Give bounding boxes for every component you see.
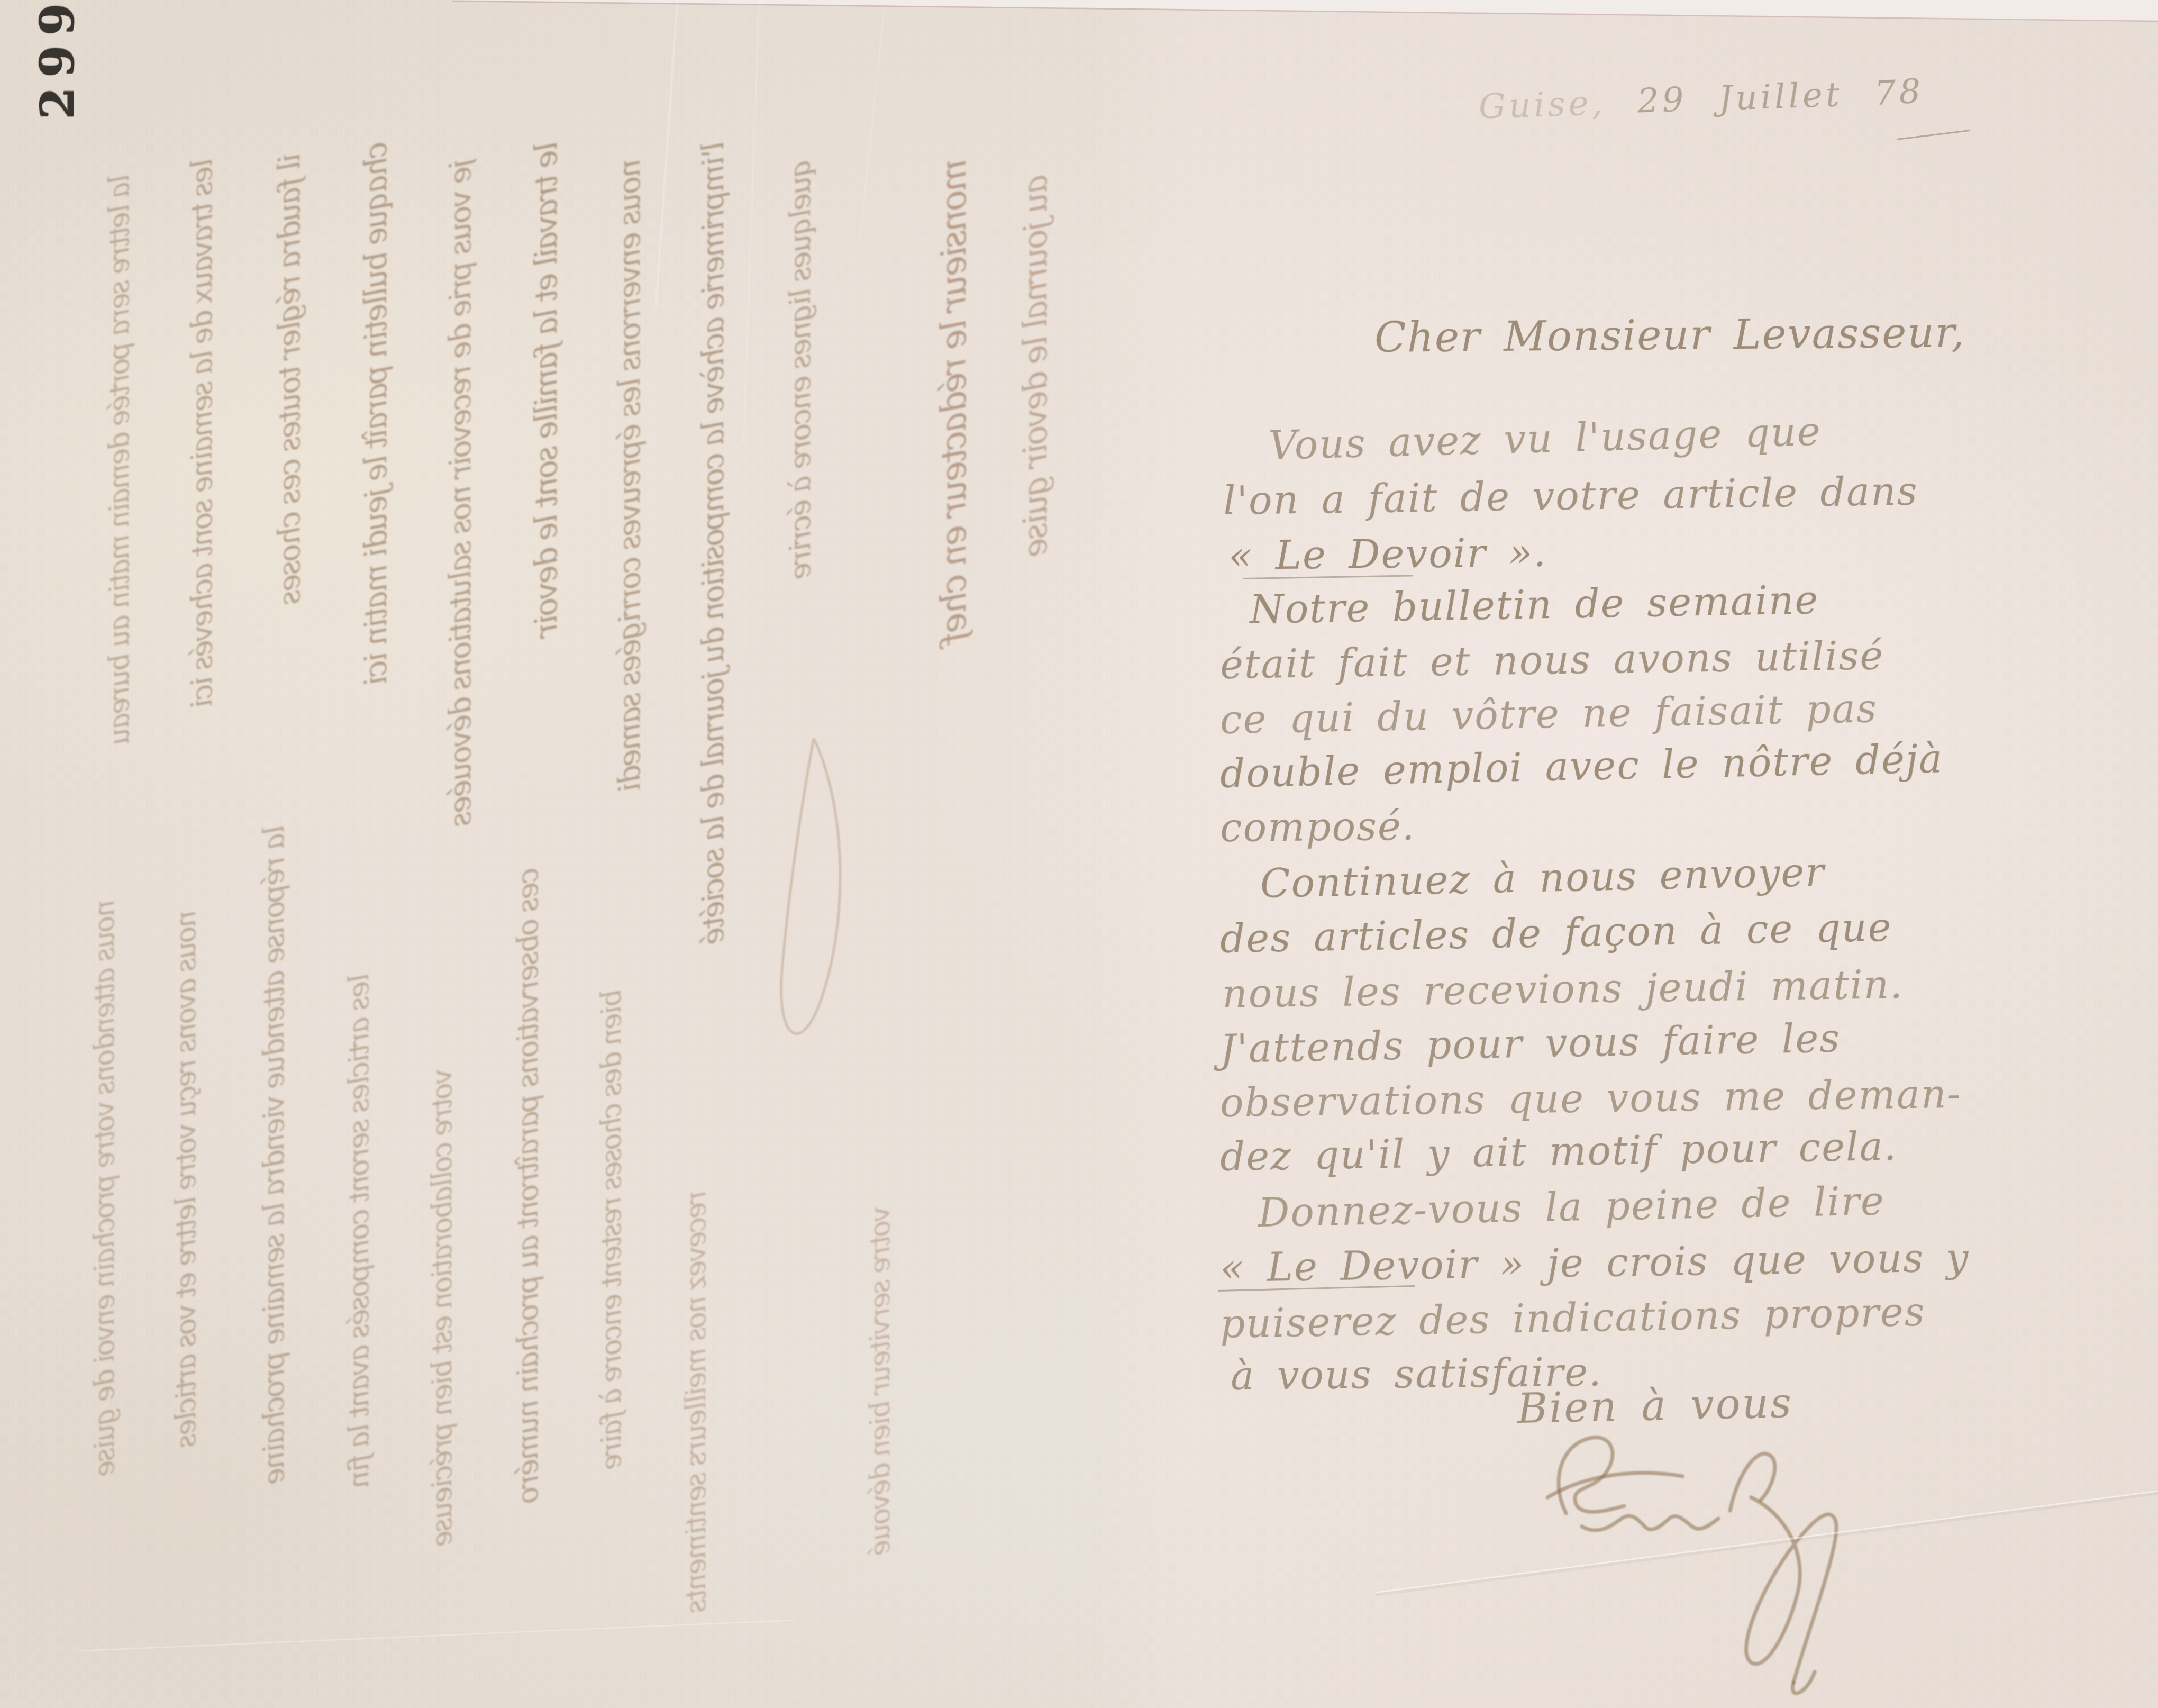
bleedthrough-column: nous avons reçu votre lettre et vos arti…: [170, 910, 202, 1640]
bleedthrough-column: l'imprimerie achève la composition du jo…: [696, 142, 731, 1147]
letter-line: nous les recevions jeudi matin.: [1222, 963, 1904, 1016]
bleedthrough-column: ces observations paraîtront au prochain …: [511, 868, 544, 1619]
bleedthrough-column: les articles seront composés avant la fi…: [343, 974, 375, 1630]
bleedthrough-column: quelques lignes encore à écrire: [783, 159, 817, 714]
letter-salutation: Cher Monsieur Levasseur,: [1374, 310, 1966, 361]
paper-wrinkle: [743, 0, 760, 444]
paper-wrinkle: [859, 0, 888, 243]
dateline-place: Guise,: [1478, 84, 1606, 127]
bleedthrough-column: je vous prie de recevoir nos salutations…: [443, 159, 478, 1032]
archive-stamp-299: 299: [33, 8, 81, 120]
bleedthrough-column: la réponse attendue viendra la semaine p…: [257, 825, 290, 1619]
bleedthrough-column: bien des choses restent encore à faire: [596, 989, 627, 1603]
letter-line: « Le Devoir ».: [1228, 531, 1547, 578]
letter-line: composé.: [1220, 805, 1416, 850]
paper-wrinkle: [655, 0, 679, 306]
bleedthrough-column: le travail et la famille sont le devoir: [528, 142, 564, 835]
letter-line: observations que vous me deman-: [1219, 1073, 1961, 1125]
bleedthrough-column: au journal le devoir guise: [1016, 175, 1054, 587]
bleedthrough-column: recevez nos meilleurs sentiments: [680, 1191, 712, 1646]
bleedthrough-column: monsieur le rédacteur en chef: [933, 159, 974, 667]
bleedthrough-column: chaque bulletin paraît le jeudi matin ic…: [359, 142, 394, 935]
bleedthrough-column: votre serviteur bien dévoué: [864, 1206, 896, 1640]
letter-line: l'on a fait de votre article dans: [1223, 470, 1918, 523]
letter-scan-page: 299 les travaux de la semaine sont achev…: [0, 0, 2158, 1708]
bleedthrough-column: la lettre sera portée demain matin au bu…: [104, 175, 135, 836]
letter-closing: Bien à vous: [1517, 1380, 1793, 1432]
bleedthrough-column: votre collaboration est bien précieuse: [426, 1069, 458, 1630]
bleedthrough-column: il faudra régler toutes ces choses: [272, 153, 307, 788]
letter-line: était fait et nous avons utilisé: [1219, 634, 1884, 687]
bleedthrough-column: nous attendons votre prochain envoi de g…: [89, 900, 121, 1598]
bleedthrough-column: les travaux de la semaine sont achevés i…: [185, 159, 218, 873]
bleedthrough-column: nous enverrons les épreuves corrigées sa…: [613, 159, 647, 952]
letter-line: Notre bulletin de semaine: [1249, 578, 1819, 632]
